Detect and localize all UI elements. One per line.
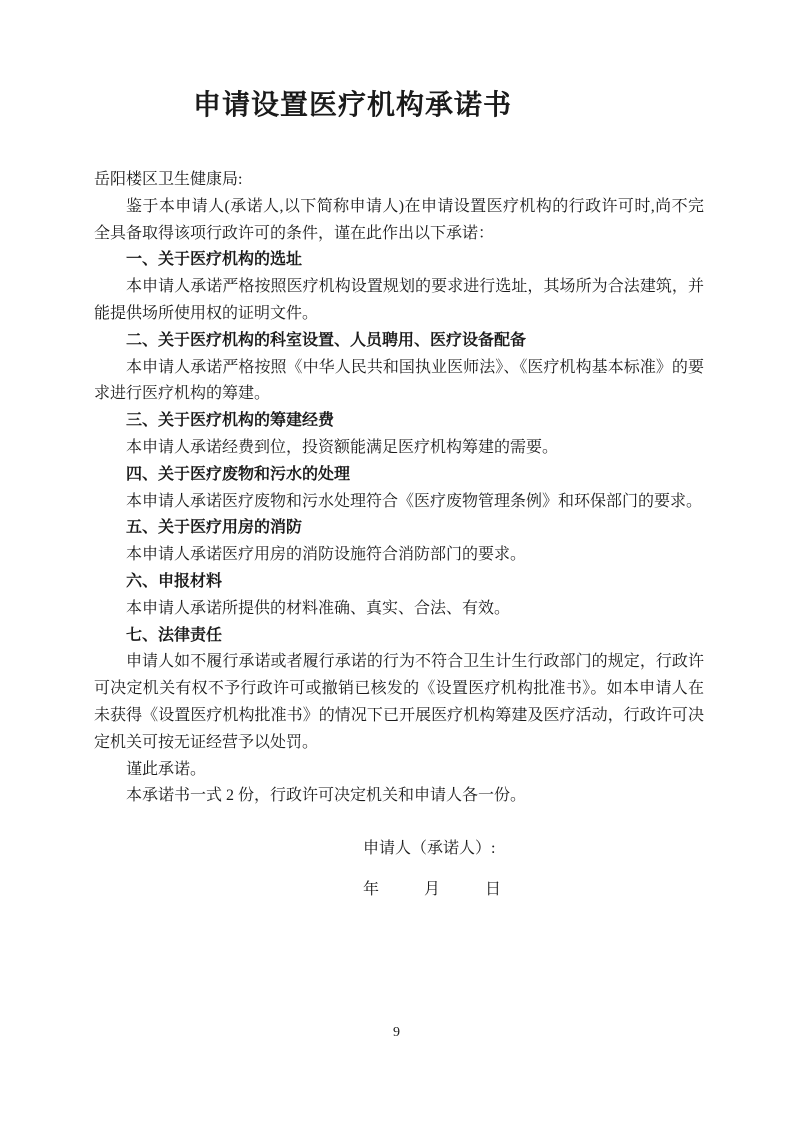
- section-heading: 四、关于医疗废物和污水的处理: [94, 462, 704, 489]
- section-application-materials: 六、申报材料 本申请人承诺所提供的材料准确、真实、合法、有效。: [94, 569, 704, 623]
- section-medical-waste-sewage: 四、关于医疗废物和污水的处理 本申请人承诺医疗废物和污水处理符合《医疗废物管理条…: [94, 462, 704, 516]
- applicant-signature-label: 申请人（承诺人）:: [363, 840, 495, 857]
- section-heading: 五、关于医疗用房的消防: [94, 515, 704, 542]
- section-legal-liability: 七、法律责任 申请人如不履行承诺或者履行承诺的行为不符合卫生计生行政部门的规定，…: [94, 623, 704, 757]
- year-label: 年: [363, 877, 379, 904]
- section-heading: 六、申报材料: [94, 569, 704, 596]
- document-title: 申请设置医疗机构承诺书: [0, 86, 793, 126]
- month-label: 月: [424, 877, 440, 904]
- section-body: 本申请人承诺严格按照医疗机构设置规划的要求进行选址，其场所为合法建筑，并能提供场…: [94, 274, 704, 328]
- section-site-selection: 一、关于医疗机构的选址 本申请人承诺严格按照医疗机构设置规划的要求进行选址，其场…: [94, 247, 704, 327]
- section-heading: 三、关于医疗机构的筹建经费: [94, 408, 704, 435]
- section-heading: 一、关于医疗机构的选址: [94, 247, 704, 274]
- section-body: 本申请人承诺医疗用房的消防设施符合消防部门的要求。: [94, 542, 704, 569]
- document-page: 申请设置医疗机构承诺书 岳阳楼区卫生健康局: 鉴于本申请人(承诺人,以下简称申请…: [0, 0, 793, 1122]
- page-number: 9: [0, 1024, 793, 1042]
- section-fire-safety: 五、关于医疗用房的消防 本申请人承诺医疗用房的消防设施符合消防部门的要求。: [94, 515, 704, 569]
- section-body: 本申请人承诺医疗废物和污水处理符合《医疗废物管理条例》和环保部门的要求。: [94, 489, 704, 516]
- addressee-line: 岳阳楼区卫生健康局:: [94, 167, 704, 194]
- closing-line: 谨此承诺。: [94, 757, 704, 784]
- section-body: 本申请人承诺经费到位，投资额能满足医疗机构筹建的需要。: [94, 435, 704, 462]
- section-preparation-funds: 三、关于医疗机构的筹建经费 本申请人承诺经费到位，投资额能满足医疗机构筹建的需要…: [94, 408, 704, 462]
- section-heading: 二、关于医疗机构的科室设置、人员聘用、医疗设备配备: [94, 328, 704, 355]
- section-heading: 七、法律责任: [94, 623, 704, 650]
- section-body: 本申请人承诺所提供的材料准确、真实、合法、有效。: [94, 596, 704, 623]
- intro-paragraph: 鉴于本申请人(承诺人,以下简称申请人)在申请设置医疗机构的行政许可时,尚不完全具…: [94, 194, 704, 248]
- copies-note-line: 本承诺书一式 2 份，行政许可决定机关和申请人各一份。: [94, 783, 704, 810]
- day-label: 日: [485, 877, 501, 904]
- signature-block: 申请人（承诺人）:: [363, 836, 495, 863]
- section-departments-staff-equipment: 二、关于医疗机构的科室设置、人员聘用、医疗设备配备 本申请人承诺严格按照《中华人…: [94, 328, 704, 408]
- document-body: 岳阳楼区卫生健康局: 鉴于本申请人(承诺人,以下简称申请人)在申请设置医疗机构的…: [94, 167, 704, 810]
- section-body: 申请人如不履行承诺或者履行承诺的行为不符合卫生计生行政部门的规定，行政许可决定机…: [94, 649, 704, 756]
- date-line: 年 月 日: [363, 877, 501, 904]
- section-body: 本申请人承诺严格按照《中华人民共和国执业医师法》、《医疗机构基本标准》的要求进行…: [94, 355, 704, 409]
